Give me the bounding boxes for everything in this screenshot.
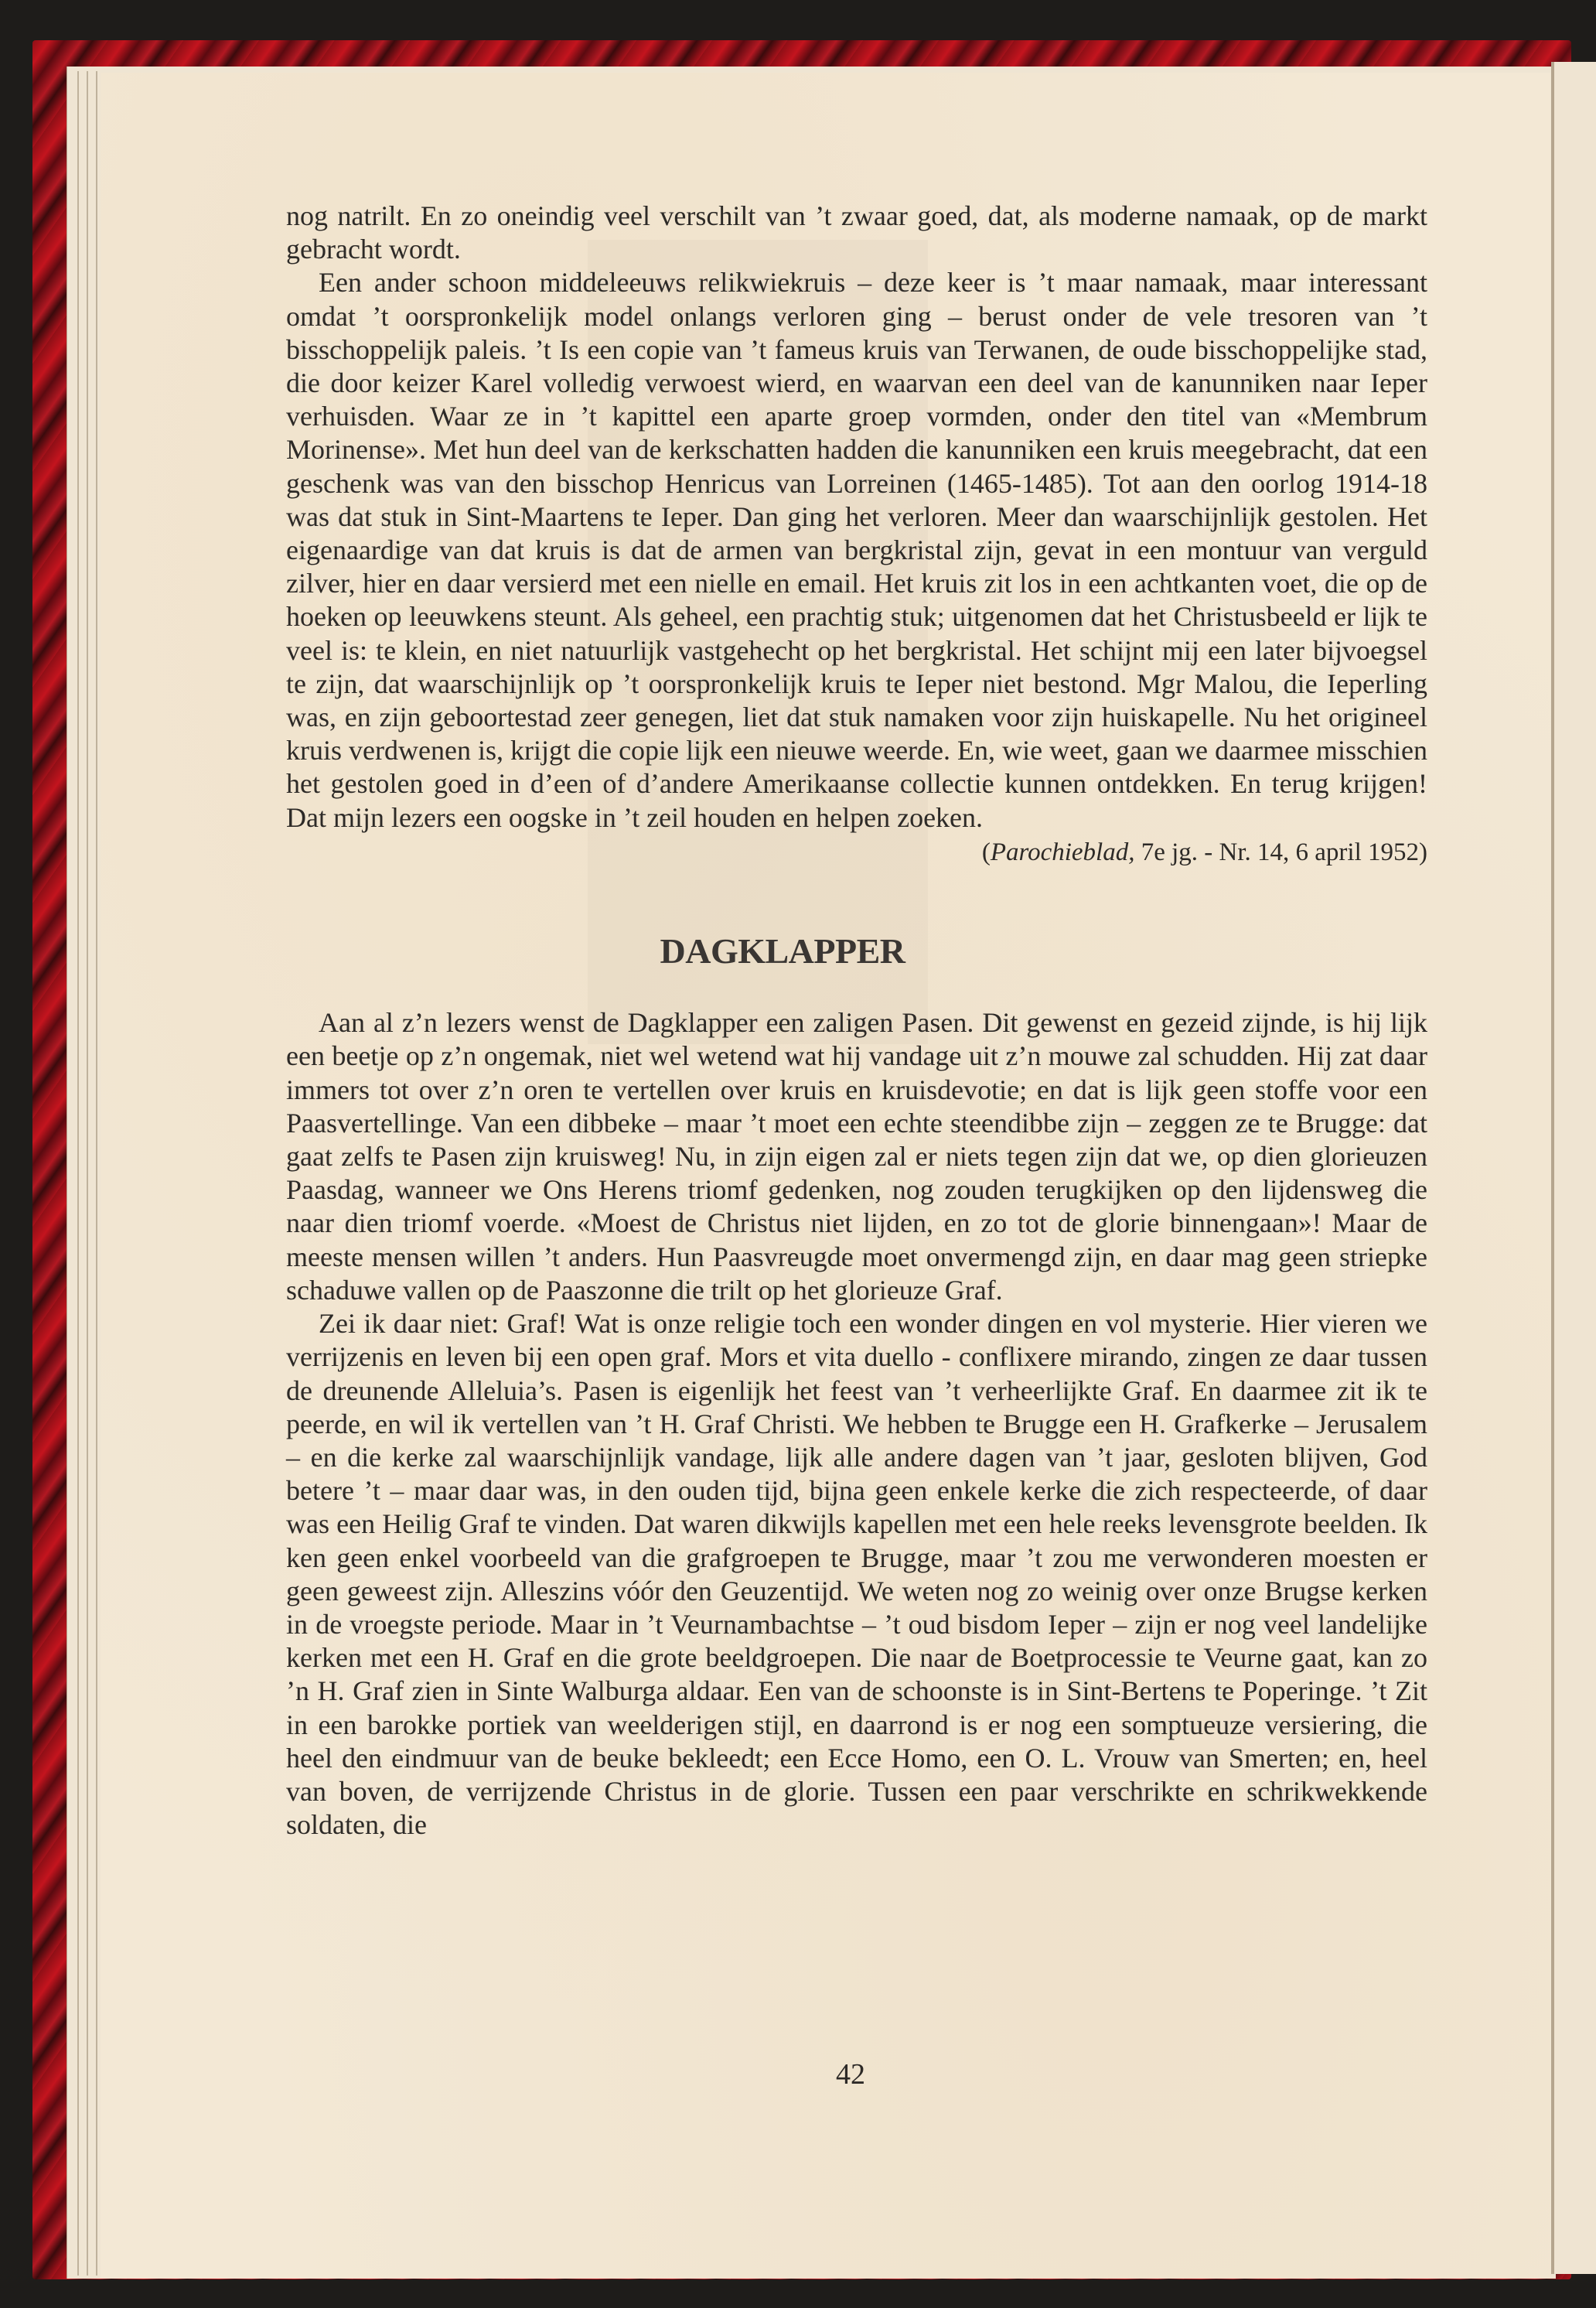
facing-page-edge: [1551, 62, 1596, 2274]
section-heading: DAGKLAPPER: [212, 934, 1353, 968]
source-title: Parochieblad,: [991, 838, 1135, 866]
page-number: 42: [773, 2057, 928, 2091]
paragraph-continuation: nog natrilt. En zo oneindig veel verschi…: [286, 200, 1427, 266]
page-edge-line: [87, 71, 88, 2276]
paragraph: Een ander schoon middeleeuws relikwiekru…: [286, 266, 1427, 834]
page-edge-line: [77, 71, 79, 2276]
page-body: nog natrilt. En zo oneindig veel verschi…: [286, 200, 1427, 1842]
source-attribution: (Parochieblad, 7e jg. - Nr. 14, 6 april …: [286, 836, 1427, 869]
page-edge-line: [96, 71, 97, 2276]
paragraph: Zei ik daar niet: Graf! Wat is onze reli…: [286, 1307, 1427, 1842]
source-details: 7e jg. - Nr. 14, 6 april 1952: [1134, 838, 1419, 866]
paragraph: Aan al z’n lezers wenst de Dagklapper ee…: [286, 1006, 1427, 1307]
